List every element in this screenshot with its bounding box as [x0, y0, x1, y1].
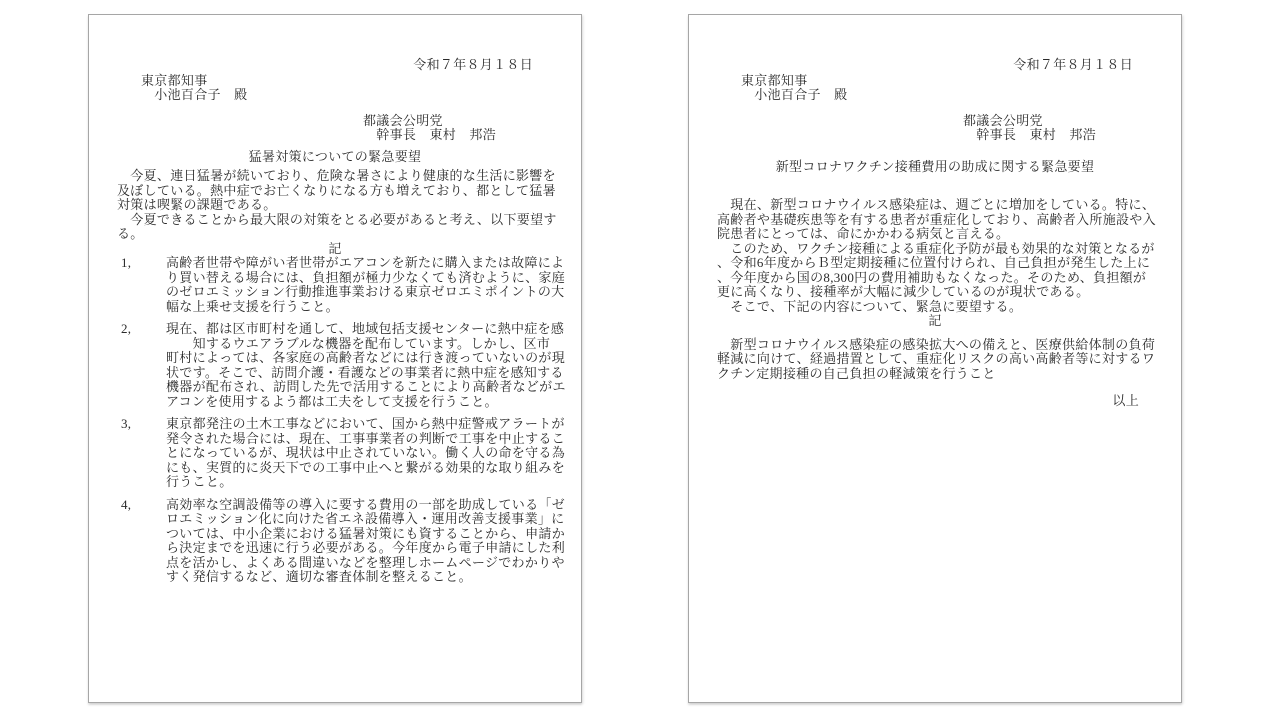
recipient-name: 小池百合子 殿 [741, 88, 1181, 103]
document-date: 令和７年８月１８日 [689, 58, 1181, 73]
document-title: 猛暑対策についての緊急要望 [89, 150, 581, 165]
request-item-3: 3, 東京都発注の土木工事などにおいて、国から熱中症警戒アラートが 発令された場… [89, 417, 581, 490]
item-text: 高齢者世帯や障がい者世帯がエアコンを新たに購入または故障によ り買い替える場合に… [166, 256, 568, 314]
recipient-title: 東京都知事 [741, 74, 1181, 89]
item-number: 2, [89, 322, 166, 409]
item-number: 3, [89, 417, 166, 490]
sender-block: 都議会公明党 幹事長 東村 邦浩 [963, 114, 1181, 143]
sender-block: 都議会公明党 幹事長 東村 邦浩 [363, 114, 581, 143]
recipient-block: 東京都知事 小池百合子 殿 [741, 74, 1181, 103]
request-item-1: 1, 高齢者世帯や障がい者世帯がエアコンを新たに購入または故障によ り買い替える… [89, 256, 581, 314]
item-text: 高効率な空調設備等の導入に要する費用の一部を助成している「ゼ ロエミッション化に… [166, 498, 568, 585]
ki-marker: 記 [689, 314, 1181, 329]
document-title: 新型コロナワクチン接種費用の助成に関する緊急要望 [689, 160, 1181, 175]
recipient-block: 東京都知事 小池百合子 殿 [141, 74, 581, 103]
recipient-name: 小池百合子 殿 [141, 88, 581, 103]
recipient-title: 東京都知事 [141, 74, 581, 89]
request-text: 新型コロナウイルス感染症の感染拡大への備えと、医療供給体制の負荷 軽減に向けて、… [689, 338, 1181, 382]
item-number: 1, [89, 256, 166, 314]
item-number: 4, [89, 498, 166, 585]
ki-marker: 記 [89, 242, 581, 257]
sender-party: 都議会公明党 [963, 114, 1181, 129]
document-intro: 今夏、連日猛暑が続いており、危険な暑さにより健康的な生活に影響を 及ぼしている。… [89, 169, 581, 242]
closing-mark: 以上 [689, 394, 1181, 409]
item-text: 東京都発注の土木工事などにおいて、国から熱中症警戒アラートが 発令された場合には… [166, 417, 568, 490]
document-date: 令和７年８月１８日 [89, 58, 581, 73]
request-items: 1, 高齢者世帯や障がい者世帯がエアコンを新たに購入または故障によ り買い替える… [89, 256, 581, 585]
desktop-background: 令和７年８月１８日 東京都知事 小池百合子 殿 都議会公明党 幹事長 東村 邦浩… [0, 0, 1280, 720]
sender-name: 幹事長 東村 邦浩 [363, 128, 581, 143]
document-intro: 現在、新型コロナウイルス感染症は、週ごとに増加をしている。特に、 高齢者や基礎疾… [689, 198, 1181, 314]
item-text: 現在、都は区市町村を通して、地域包括支援センターに熱中症を感 知するウエアラブル… [166, 322, 568, 409]
sender-name: 幹事長 東村 邦浩 [963, 128, 1181, 143]
request-item-2: 2, 現在、都は区市町村を通して、地域包括支援センターに熱中症を感 知するウエア… [89, 322, 581, 409]
document-page-covid-vaccine: 令和７年８月１８日 東京都知事 小池百合子 殿 都議会公明党 幹事長 東村 邦浩… [688, 14, 1182, 703]
request-item-4: 4, 高効率な空調設備等の導入に要する費用の一部を助成している「ゼ ロエミッショ… [89, 498, 581, 585]
sender-party: 都議会公明党 [363, 114, 581, 129]
document-page-heat-measures: 令和７年８月１８日 東京都知事 小池百合子 殿 都議会公明党 幹事長 東村 邦浩… [88, 14, 582, 703]
